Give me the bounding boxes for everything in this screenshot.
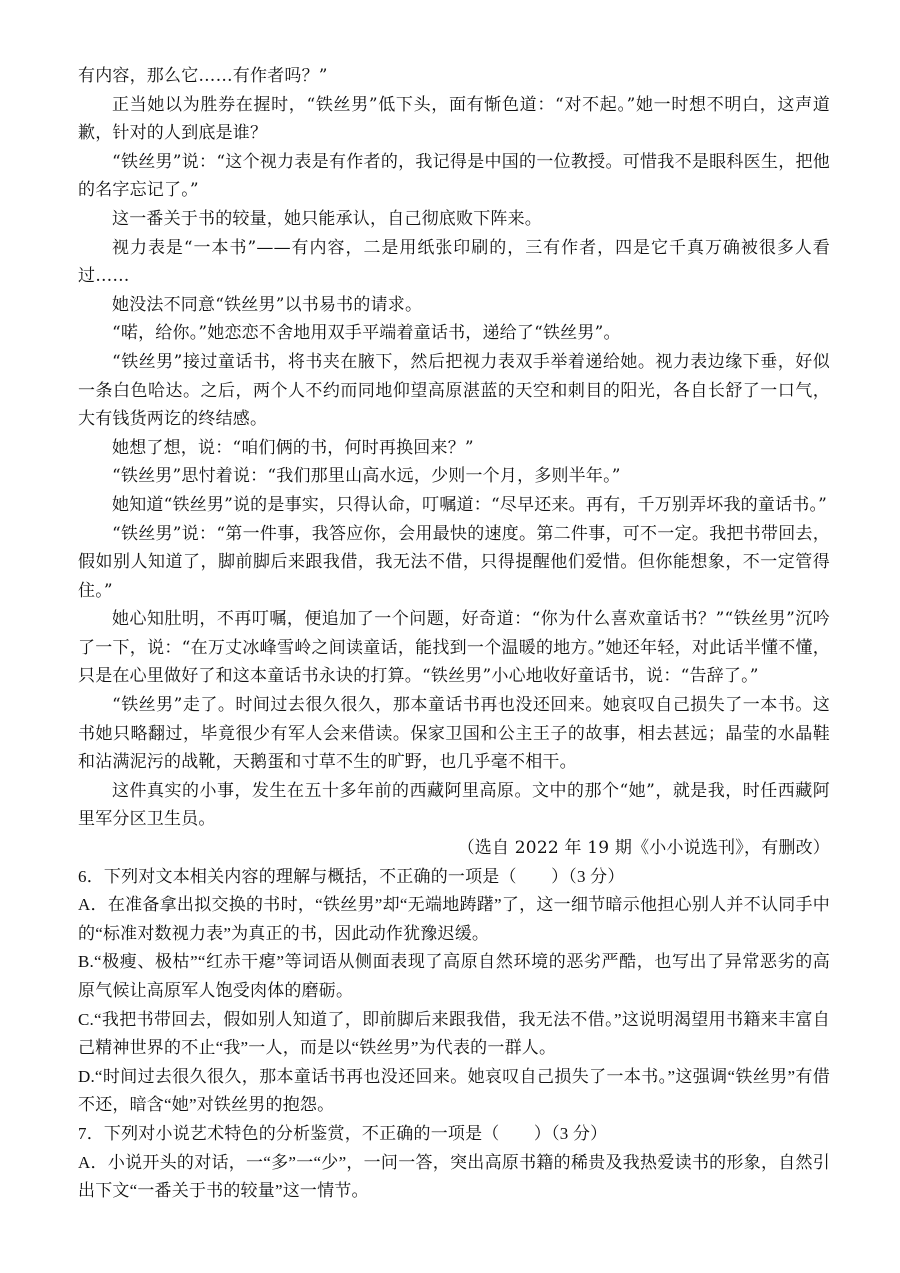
question-7-stem: 7．下列对小说艺术特色的分析鉴赏，不正确的一项是（ ）（3 分）	[78, 1120, 830, 1149]
story-paragraph: 正当她以为胜券在握时，“铁丝男”低下头，面有惭色道：“对不起。”她一时想不明白，…	[78, 91, 830, 148]
question-7-option-a: A．小说开头的对话，一“多”一“少”，一问一答，突出高原书籍的稀贵及我热爱读书的…	[78, 1149, 830, 1206]
story-paragraph: 这件真实的小事，发生在五十多年前的西藏阿里高原。文中的那个“她”，就是我，时任西…	[78, 777, 830, 834]
story-paragraph: “铁丝男”走了。时间过去很久很久，那本童话书再也没还回来。她哀叹自己损失了一本书…	[78, 691, 830, 777]
document-page: 有内容，那么它……有作者吗？” 正当她以为胜券在握时，“铁丝男”低下头，面有惭色…	[0, 0, 900, 1273]
story-paragraph: “喏，给你。”她恋恋不舍地用双手平端着童话书，递给了“铁丝男”。	[78, 319, 830, 348]
story-paragraph: “铁丝男”接过童话书，将书夹在腋下，然后把视力表双手举着递给她。视力表边缘下垂，…	[78, 348, 830, 434]
question-6-option-b: B.“极瘦、极枯”“红赤干瘪”等词语从侧面表现了高原自然环境的恶劣严酷，也写出了…	[78, 948, 830, 1005]
story-paragraph: 她心知肚明，不再叮嘱，便追加了一个问题，好奇道：“你为什么喜欢童话书？”“铁丝男…	[78, 605, 830, 691]
source-attribution: （选自 2022 年 19 期《小小说选刊》，有删改）	[78, 834, 830, 863]
story-paragraph: 有内容，那么它……有作者吗？”	[78, 62, 830, 91]
question-6-stem: 6．下列对文本相关内容的理解与概括，不正确的一项是（ ）（3 分）	[78, 863, 830, 892]
story-paragraph: “铁丝男”说：“第一件事，我答应你，会用最快的速度。第二件事，可不一定。我把书带…	[78, 520, 830, 606]
story-paragraph: “铁丝男”思忖着说：“我们那里山高水远，少则一个月，多则半年。”	[78, 462, 830, 491]
question-6-option-d: D.“时间过去很久很久，那本童话书再也没还回来。她哀叹自己损失了一本书。”这强调…	[78, 1063, 830, 1120]
story-paragraph: 她想了想，说：“咱们俩的书，何时再换回来？”	[78, 434, 830, 463]
question-6-option-c: C.“我把书带回去，假如别人知道了，即前脚后来跟我借，我无法不借。”这说明渴望用…	[78, 1006, 830, 1063]
story-paragraph: 她知道“铁丝男”说的是事实，只得认命，叮嘱道：“尽早还来。再有，千万别弄坏我的童…	[78, 491, 830, 520]
story-paragraph: 这一番关于书的较量，她只能承认，自己彻底败下阵来。	[78, 205, 830, 234]
question-6-option-a: A．在准备拿出拟交换的书时，“铁丝男”却“无端地踌躇”了，这一细节暗示他担心别人…	[78, 891, 830, 948]
reading-passage: 有内容，那么它……有作者吗？” 正当她以为胜券在握时，“铁丝男”低下头，面有惭色…	[78, 62, 830, 863]
question-section: 6．下列对文本相关内容的理解与概括，不正确的一项是（ ）（3 分） A．在准备拿…	[78, 863, 830, 1206]
story-paragraph: 她没法不同意“铁丝男”以书易书的请求。	[78, 291, 830, 320]
story-paragraph: 视力表是“一本书”——有内容，二是用纸张印刷的，三有作者，四是它千真万确被很多人…	[78, 234, 830, 291]
story-paragraph: “铁丝男”说：“这个视力表是有作者的，我记得是中国的一位教授。可惜我不是眼科医生…	[78, 148, 830, 205]
